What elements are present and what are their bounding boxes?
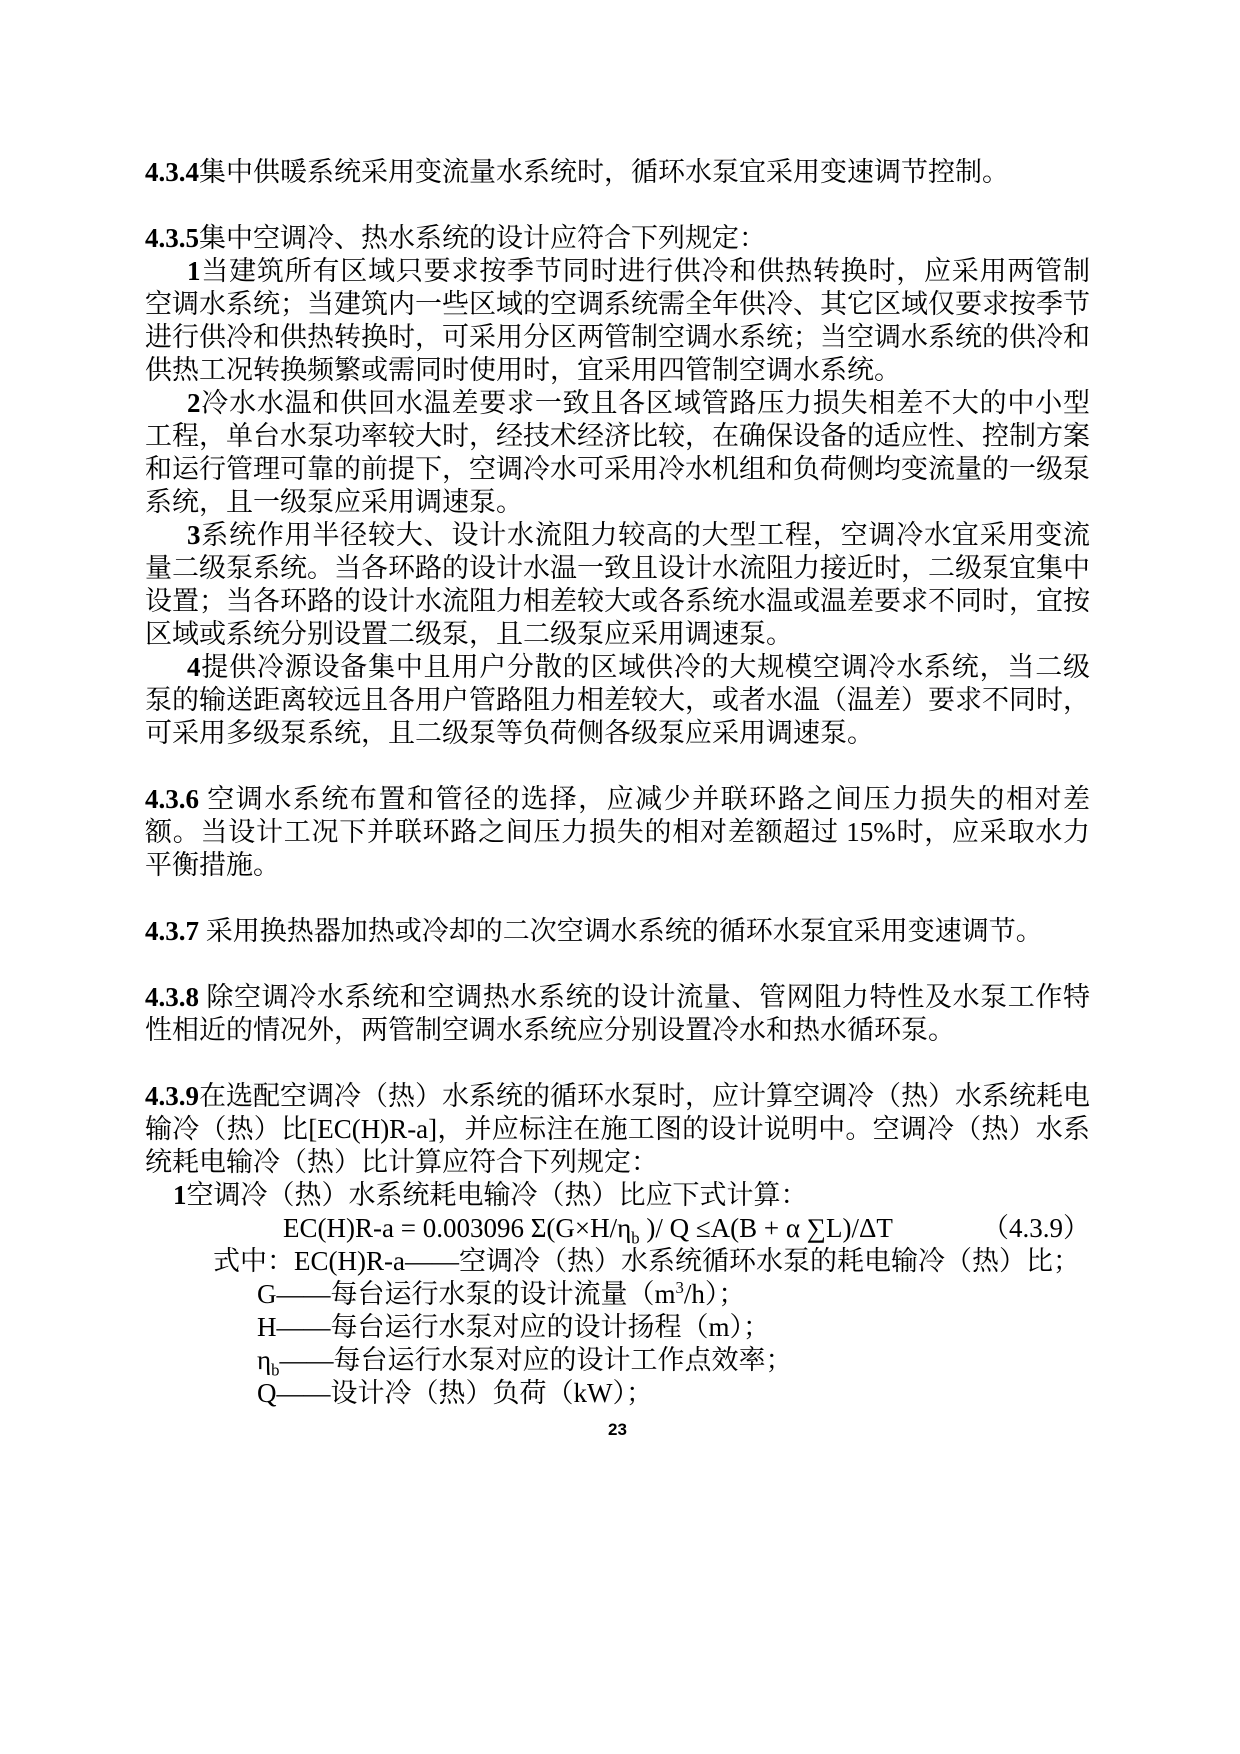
- clause-4-3-8-number: 4.3.8: [145, 982, 199, 1012]
- formula-post: )/ Q ≤A(B + α ∑L)/ΔT: [640, 1213, 893, 1243]
- def-Q-text: Q——设计冷（热）负荷（kW）；: [257, 1378, 653, 1408]
- def-echr-desc: ——空调冷（热）水系统循环水泵的耗电输冷（热）比；: [405, 1246, 1080, 1276]
- def-eta-post: ——每台运行水泵对应的设计工作点效率；: [280, 1345, 793, 1375]
- formula-where-line: 式中：EC(H)R-a——空调冷（热）水系统循环水泵的耗电输冷（热）比；: [145, 1245, 1090, 1278]
- clause-4-3-9-item-1-text: 空调冷（热）水系统耗电输冷（热）比应下式计算：: [187, 1180, 808, 1210]
- item-1-text: 当建筑所有区域只要求按季节同时进行供冷和供热转换时，应采用两管制空调水系统；当建…: [145, 256, 1090, 385]
- clause-4-3-9-number: 4.3.9: [145, 1081, 199, 1111]
- def-eta-pre: η: [257, 1345, 271, 1375]
- clause-4-3-5-item-4: 4提供冷源设备集中且用户分散的区域供冷的大规模空调冷水系统，当二级泵的输送距离较…: [145, 651, 1090, 750]
- page-number: 23: [145, 1419, 1090, 1441]
- clause-4-3-7-number: 4.3.7: [145, 916, 199, 946]
- clause-4-3-4-text: 集中供暖系统采用变流量水系统时，循环水泵宜采用变速调节控制。: [199, 157, 1009, 187]
- clause-4-3-5: 4.3.5集中空调冷、热水系统的设计应符合下列规定：: [145, 222, 1090, 255]
- clause-4-3-6-text: 空调水系统布置和管径的选择，应减少并联环路之间压力损失的相对差额。当设计工况下并…: [145, 784, 1090, 880]
- clause-4-3-9-text: 在选配空调冷（热）水系统的循环水泵时，应计算空调冷（热）水系统耗电输冷（热）比[…: [145, 1081, 1090, 1177]
- clause-4-3-9-item-1: 1空调冷（热）水系统耗电输冷（热）比应下式计算：: [145, 1179, 1090, 1212]
- def-eta-b: ηb——每台运行水泵对应的设计工作点效率；: [145, 1344, 1090, 1377]
- clause-4-3-4-number: 4.3.4: [145, 157, 199, 187]
- formula-pre: EC(H)R-a = 0.003096 Σ(G×H/η: [283, 1213, 631, 1243]
- document-page: 4.3.4集中供暖系统采用变流量水系统时，循环水泵宜采用变速调节控制。 4.3.…: [0, 0, 1240, 1754]
- def-H: H——每台运行水泵对应的设计扬程（m）；: [145, 1311, 1090, 1344]
- def-G: G——每台运行水泵的设计流量（m3/h）；: [145, 1278, 1090, 1311]
- clause-4-3-9: 4.3.9在选配空调冷（热）水系统的循环水泵时，应计算空调冷（热）水系统耗电输冷…: [145, 1080, 1090, 1179]
- clause-4-3-5-item-2: 2冷水水温和供回水温差要求一致且各区域管路压力损失相差不大的中小型工程，单台水泵…: [145, 387, 1090, 519]
- clause-4-3-5-text: 集中空调冷、热水系统的设计应符合下列规定：: [199, 223, 766, 253]
- def-echr-term: EC(H)R-a: [294, 1246, 405, 1276]
- clause-4-3-7: 4.3.7 采用换热器加热或冷却的二次空调水系统的循环水泵宜采用变速调节。: [145, 915, 1090, 948]
- item-3-text: 系统作用半径较大、设计水流阻力较高的大型工程，空调冷水宜采用变流量二级泵系统。当…: [145, 520, 1090, 649]
- clause-4-3-4: 4.3.4集中供暖系统采用变流量水系统时，循环水泵宜采用变速调节控制。: [145, 156, 1090, 189]
- clause-4-3-5-item-3: 3系统作用半径较大、设计水流阻力较高的大型工程，空调冷水宜采用变流量二级泵系统。…: [145, 519, 1090, 651]
- clause-4-3-7-text: 采用换热器加热或冷却的二次空调水系统的循环水泵宜采用变速调节。: [199, 916, 1043, 946]
- item-1-number: 1: [187, 256, 201, 286]
- def-G-post: /h）；: [684, 1279, 746, 1309]
- formula-equation-number: （4.3.9）: [982, 1212, 1090, 1245]
- clause-4-3-9-item-1-number: 1: [173, 1180, 187, 1210]
- clause-4-3-5-item-1: 1当建筑所有区域只要求按季节同时进行供冷和供热转换时，应采用两管制空调水系统；当…: [145, 255, 1090, 387]
- def-H-text: H——每台运行水泵对应的设计扬程（m）；: [257, 1312, 770, 1342]
- clause-4-3-6: 4.3.6 空调水系统布置和管径的选择，应减少并联环路之间压力损失的相对差额。当…: [145, 783, 1090, 882]
- formula-4-3-9: EC(H)R-a = 0.003096 Σ(G×H/ηb )/ Q ≤A(B +…: [145, 1212, 1090, 1245]
- clause-4-3-8: 4.3.8 除空调冷水系统和空调热水系统的设计流量、管网阻力特性及水泵工作特性相…: [145, 981, 1090, 1047]
- def-G-pre: G——每台运行水泵的设计流量（m: [257, 1279, 676, 1309]
- clause-4-3-5-number: 4.3.5: [145, 223, 199, 253]
- def-G-superscript-3: 3: [676, 1278, 684, 1297]
- item-4-text: 提供冷源设备集中且用户分散的区域供冷的大规模空调冷水系统，当二级泵的输送距离较远…: [145, 652, 1090, 748]
- clause-4-3-8-text: 除空调冷水系统和空调热水系统的设计流量、管网阻力特性及水泵工作特性相近的情况外，…: [145, 982, 1090, 1045]
- clause-4-3-6-number: 4.3.6: [145, 784, 199, 814]
- item-2-number: 2: [187, 388, 201, 418]
- item-4-number: 4: [187, 652, 201, 682]
- item-2-text: 冷水水温和供回水温差要求一致且各区域管路压力损失相差不大的中小型工程，单台水泵功…: [145, 388, 1090, 517]
- item-3-number: 3: [187, 520, 201, 550]
- where-label: 式中：: [213, 1246, 294, 1276]
- def-Q: Q——设计冷（热）负荷（kW）；: [145, 1377, 1090, 1410]
- formula-expression: EC(H)R-a = 0.003096 Σ(G×H/ηb )/ Q ≤A(B +…: [283, 1212, 893, 1245]
